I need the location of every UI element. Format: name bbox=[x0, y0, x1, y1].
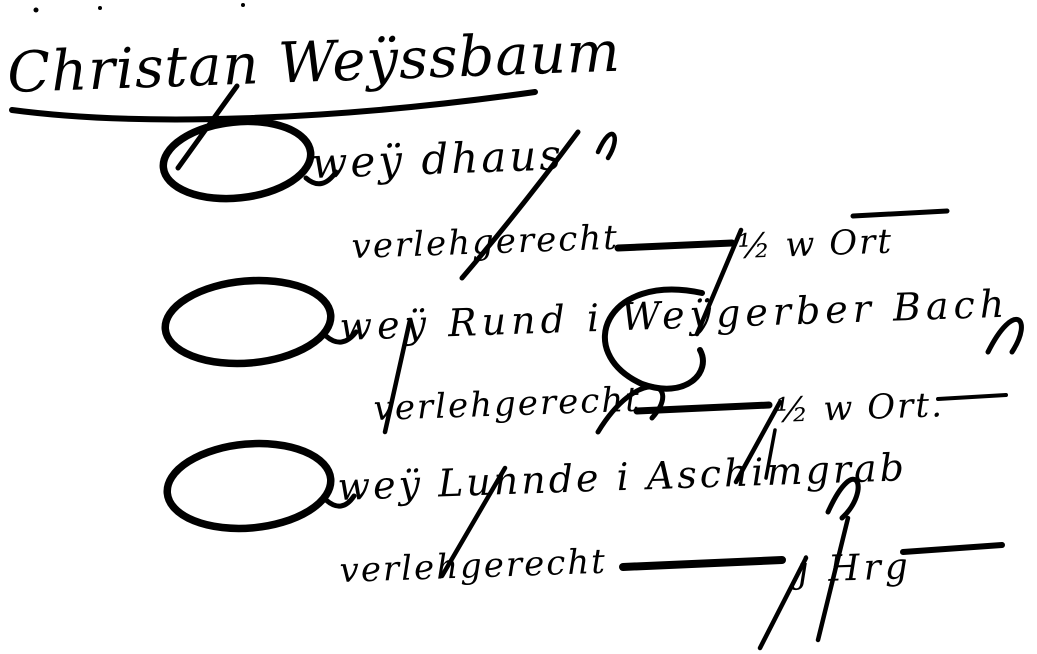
tally-dash bbox=[623, 560, 782, 567]
flourish-oval bbox=[164, 437, 335, 535]
entry-amount-text: j Hrg bbox=[790, 546, 913, 591]
entry-item-text: weÿ Lunnde i Aschimgrab bbox=[337, 445, 908, 509]
ink-speck bbox=[98, 6, 102, 10]
descender-stroke bbox=[760, 558, 806, 648]
manuscript-page: Christan Weÿssbaum weÿ dhaus verlehgerec… bbox=[0, 0, 1037, 654]
trailing-dash bbox=[903, 545, 1002, 552]
overline-stroke bbox=[853, 211, 947, 216]
entry-label-text: verlehgerecht bbox=[373, 380, 642, 429]
manuscript-svg: Christan Weÿssbaum weÿ dhaus verlehgerec… bbox=[0, 0, 1037, 654]
overline-stroke bbox=[938, 395, 1006, 399]
entry-amount-text: ½ w Ort. bbox=[775, 385, 945, 431]
entry-item-text: weÿ dhaus bbox=[311, 130, 565, 188]
entry-amount-text: ½ w Ort bbox=[737, 222, 894, 267]
ink-speck bbox=[241, 3, 245, 7]
ink-speck bbox=[34, 8, 39, 13]
flourish-oval bbox=[162, 274, 335, 370]
tally-dash bbox=[637, 405, 769, 411]
entry-label-text: verlehgerecht bbox=[351, 218, 620, 267]
tally-dash bbox=[618, 243, 732, 248]
entry-label-text: verlehgerecht bbox=[339, 542, 608, 591]
swash-stroke bbox=[598, 134, 615, 158]
